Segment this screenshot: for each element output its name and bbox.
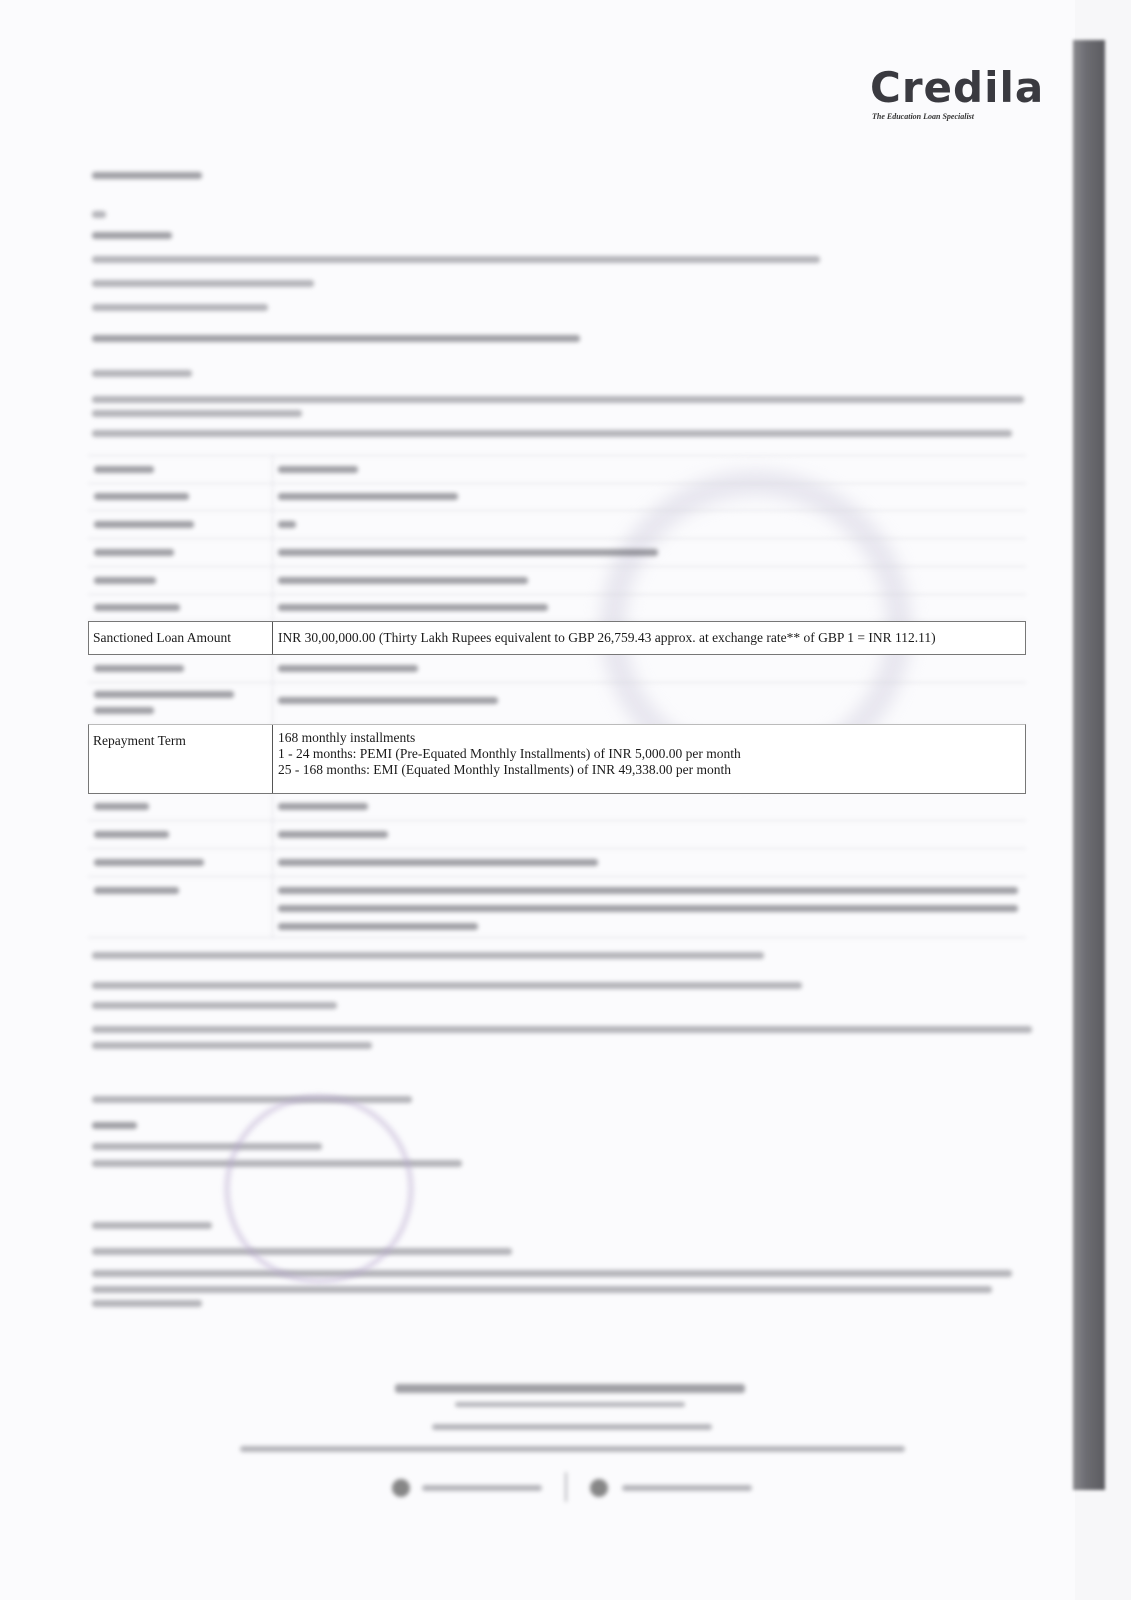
sanctioned-amount-value: INR 30,00,000.00 (Thirty Lakh Rupees equ… xyxy=(276,630,936,646)
to-line xyxy=(92,211,106,218)
table-row-sanctioned-amount: Sanctioned Loan Amount INR 30,00,000.00 … xyxy=(88,621,1026,655)
table-row xyxy=(88,511,1026,539)
body-line xyxy=(92,396,1024,403)
addressee-name xyxy=(92,232,172,239)
addressee-mobile xyxy=(92,304,268,311)
footnote-line xyxy=(92,1042,372,1049)
repayment-term-label: Repayment Term xyxy=(93,733,186,749)
table-row xyxy=(88,567,1026,595)
footnote-line xyxy=(92,952,764,959)
body-line xyxy=(92,410,302,417)
footer-phone xyxy=(422,1485,542,1491)
company-stamp xyxy=(225,1095,413,1283)
body-line xyxy=(92,430,1012,437)
credila-logo: Credila The Education Loan Specialist xyxy=(870,64,1050,121)
phone-icon xyxy=(392,1479,410,1497)
table-row xyxy=(88,655,1026,683)
repayment-line: 1 - 24 months: PEMI (Pre-Equated Monthly… xyxy=(278,746,741,762)
greeting-line xyxy=(92,370,192,377)
note-line xyxy=(92,1286,992,1293)
page-edge-shadow xyxy=(1073,40,1105,1490)
table-row xyxy=(88,877,1026,938)
table-row-repayment-term: Repayment Term 168 monthly installments … xyxy=(88,724,1026,794)
footnote-line xyxy=(92,1026,1032,1033)
footer-divider xyxy=(565,1472,567,1502)
table-row xyxy=(88,455,1026,484)
authorised-signatory xyxy=(92,1222,212,1229)
footer-email xyxy=(622,1485,752,1491)
logo-tagline: The Education Loan Specialist xyxy=(872,112,1050,121)
footnote-line xyxy=(92,982,802,989)
table-row xyxy=(88,821,1026,849)
subject-line xyxy=(92,335,580,342)
table-row xyxy=(88,539,1026,567)
repayment-line: 168 monthly installments xyxy=(278,730,741,746)
table-row xyxy=(88,849,1026,877)
sanctioned-amount-label: Sanctioned Loan Amount xyxy=(93,630,231,646)
email-icon xyxy=(590,1479,608,1497)
note-line xyxy=(92,1270,1012,1277)
closing-line xyxy=(92,1096,412,1103)
footer-company-name xyxy=(395,1384,745,1393)
footer-former-name xyxy=(455,1402,685,1407)
regards-line xyxy=(92,1122,137,1129)
logo-wordmark: Credila xyxy=(870,64,1050,112)
repayment-term-value: 168 monthly installments 1 - 24 months: … xyxy=(276,730,741,778)
table-row xyxy=(88,595,1026,621)
table-row xyxy=(88,483,1026,511)
letter-page: Credila The Education Loan Specialist xyxy=(0,0,1075,1600)
note-line xyxy=(92,1300,202,1307)
table-row xyxy=(88,793,1026,821)
footer-cin xyxy=(432,1424,712,1430)
footnote-line xyxy=(92,1002,337,1009)
date-line xyxy=(92,172,202,179)
addressee-address xyxy=(92,256,820,263)
addressee-email xyxy=(92,280,314,287)
footer-address xyxy=(240,1446,905,1452)
repayment-line: 25 - 168 months: EMI (Equated Monthly In… xyxy=(278,762,741,778)
table-row xyxy=(88,683,1026,726)
